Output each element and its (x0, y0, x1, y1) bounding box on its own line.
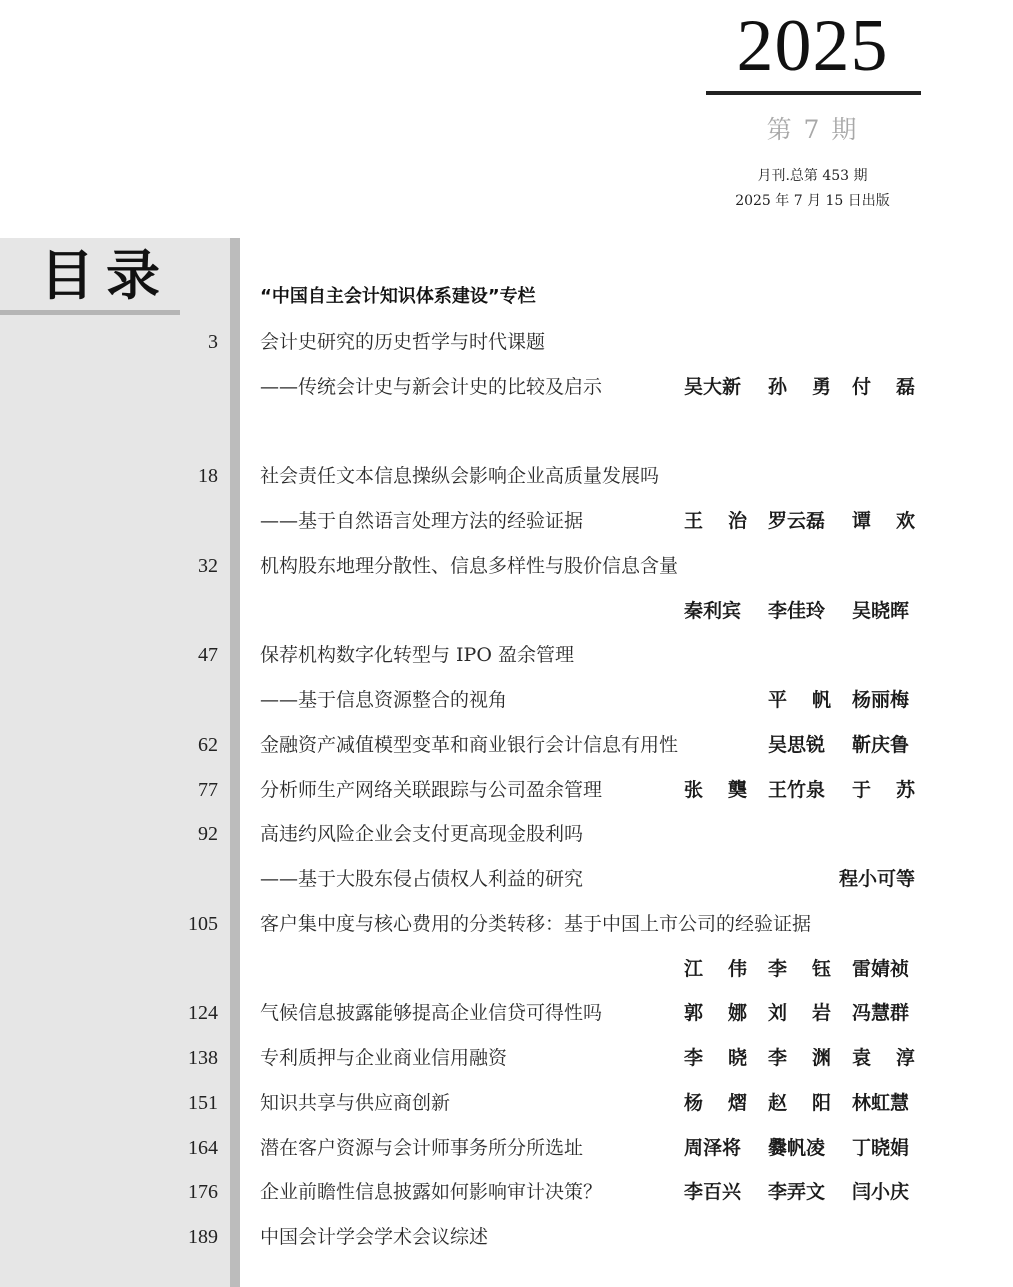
article-subtitle: ——基于自然语言处理方法的经验证据 (260, 506, 583, 536)
author-name: 吴晓晖 (852, 596, 915, 626)
year-heading: 2025 (705, 4, 920, 88)
page-number: 105 (150, 909, 218, 939)
toc-entry[interactable]: 18 社会责任文本信息操纵会影响企业高质量发展吗 (0, 461, 1013, 491)
page-number: 18 (150, 461, 218, 491)
toc-entry[interactable]: 62 金融资产减值模型变革和商业银行会计信息有用性 吴思锐 靳庆鲁 (0, 730, 1013, 760)
toc-entry[interactable]: 138 专利质押与企业商业信用融资 李晓 李渊 袁淳 (0, 1043, 1013, 1073)
toc-entry[interactable]: 105 客户集中度与核心费用的分类转移：基于中国上市公司的经验证据 (0, 909, 1013, 939)
column-title: “中国自主会计知识体系建设”专栏 (260, 283, 536, 311)
toc-entry-subline: ——基于信息资源整合的视角 平帆 杨丽梅 (0, 685, 1013, 715)
author-name: 周泽将 (684, 1133, 747, 1163)
page-number: 62 (150, 730, 218, 760)
article-title[interactable]: 企业前瞻性信息披露如何影响审计决策？ (260, 1177, 602, 1207)
page-number: 151 (150, 1088, 218, 1118)
author-name: 平帆 (768, 685, 831, 715)
author-name: 李晓 (684, 1043, 747, 1073)
author-list: 程小可等 (683, 864, 915, 894)
article-title[interactable]: 金融资产减值模型变革和商业银行会计信息有用性 (260, 730, 678, 760)
article-title[interactable]: 客户集中度与核心费用的分类转移：基于中国上市公司的经验证据 (260, 909, 811, 939)
article-title[interactable]: 气候信息披露能够提高企业信贷可得性吗 (260, 998, 602, 1028)
page-number: 47 (150, 640, 218, 670)
toc-entry[interactable]: 92 高违约风险企业会支付更高现金股利吗 (0, 819, 1013, 849)
toc-title: 目录 (40, 242, 190, 308)
issue-number: 第 7 期 (705, 112, 920, 148)
article-title[interactable]: 专利质押与企业商业信用融资 (260, 1043, 507, 1073)
author-name: 郭娜 (684, 998, 747, 1028)
author-list: 王治 罗云磊 谭欢 (683, 506, 915, 536)
author-name: 靳庆鲁 (852, 730, 915, 760)
article-title[interactable]: 分析师生产网络关联跟踪与公司盈余管理 (260, 775, 602, 805)
author-list: 江伟 李钰 雷婧祯 (683, 954, 915, 984)
article-subtitle: ——传统会计史与新会计史的比较及启示 (260, 372, 602, 402)
frequency-total-issue: 月刊.总第 453 期 (705, 165, 920, 187)
author-name: 于苏 (852, 775, 915, 805)
toc-entry-subline: ——基于自然语言处理方法的经验证据 王治 罗云磊 谭欢 (0, 506, 1013, 536)
author-name: 丁晓娟 (852, 1133, 915, 1163)
author-list: 秦利宾 李佳玲 吴晓晖 (683, 596, 915, 626)
toc-entry-subline: 秦利宾 李佳玲 吴晓晖 (0, 596, 1013, 626)
author-name: 张龑 (684, 775, 747, 805)
author-name: 谭欢 (852, 506, 915, 536)
article-title[interactable]: 高违约风险企业会支付更高现金股利吗 (260, 819, 583, 849)
toc-entry-subline: ——传统会计史与新会计史的比较及启示 吴大新 孙勇 付磊 (0, 372, 1013, 402)
author-name: 王竹泉 (768, 775, 831, 805)
author-name: 杨熠 (684, 1088, 747, 1118)
page-number: 138 (150, 1043, 218, 1073)
page-number: 92 (150, 819, 218, 849)
author-name: 江伟 (684, 954, 747, 984)
author-name: 李弄文 (768, 1177, 831, 1207)
author-list: 郭娜 刘岩 冯慧群 (683, 998, 915, 1028)
author-name: 吴大新 (684, 372, 747, 402)
article-subtitle: ——基于信息资源整合的视角 (260, 685, 507, 715)
author-name: 闫小庆 (852, 1177, 915, 1207)
page-number: 3 (150, 327, 218, 357)
toc-entry[interactable]: 47 保荐机构数字化转型与 IPO 盈余管理 (0, 640, 1013, 670)
article-title[interactable]: 社会责任文本信息操纵会影响企业高质量发展吗 (260, 461, 659, 491)
toc-entry[interactable]: 176 企业前瞻性信息披露如何影响审计决策？ 李百兴 李弄文 闫小庆 (0, 1177, 1013, 1207)
page-number: 189 (150, 1222, 218, 1252)
page-number: 176 (150, 1177, 218, 1207)
author-list: 吴大新 孙勇 付磊 (683, 372, 915, 402)
toc-entry[interactable]: 164 潜在客户资源与会计师事务所分所选址 周泽将 爨帆凌 丁晓娟 (0, 1133, 1013, 1163)
toc-entry[interactable]: 77 分析师生产网络关联跟踪与公司盈余管理 张龑 王竹泉 于苏 (0, 775, 1013, 805)
page-number: 164 (150, 1133, 218, 1163)
toc-title-underline (0, 310, 180, 315)
publish-date: 2025 年 7 月 15 日出版 (705, 190, 920, 212)
page-number: 32 (150, 551, 218, 581)
author-name: 杨丽梅 (852, 685, 915, 715)
year-divider (706, 91, 921, 95)
author-list: 张龑 王竹泉 于苏 (683, 775, 915, 805)
toc-entry[interactable]: 189 中国会计学会学术会议综述 (0, 1222, 1013, 1252)
toc-entry[interactable]: 32 机构股东地理分散性、信息多样性与股价信息含量 (0, 551, 1013, 581)
author-list: 吴思锐 靳庆鲁 (683, 730, 915, 760)
author-name: 李渊 (768, 1043, 831, 1073)
article-title[interactable]: 会计史研究的历史哲学与时代课题 (260, 327, 545, 357)
toc-entry[interactable]: 3 会计史研究的历史哲学与时代课题 (0, 327, 1013, 357)
author-list: 李晓 李渊 袁淳 (683, 1043, 915, 1073)
article-title[interactable]: 知识共享与供应商创新 (260, 1088, 450, 1118)
author-name: 赵阳 (768, 1088, 831, 1118)
author-name: 王治 (684, 506, 747, 536)
author-name: 付磊 (852, 372, 915, 402)
author-name: 刘岩 (768, 998, 831, 1028)
author-name: 林虹慧 (852, 1088, 915, 1118)
author-name: 李钰 (768, 954, 831, 984)
author-name: 孙勇 (768, 372, 831, 402)
page-number: 77 (150, 775, 218, 805)
toc-entry-subline: ——基于大股东侵占债权人利益的研究 程小可等 (0, 864, 1013, 894)
author-name: 程小可等 (839, 864, 915, 894)
author-name: 袁淳 (852, 1043, 915, 1073)
author-list: 杨熠 赵阳 林虹慧 (683, 1088, 915, 1118)
article-title[interactable]: 保荐机构数字化转型与 IPO 盈余管理 (260, 640, 574, 670)
author-name: 雷婧祯 (852, 954, 915, 984)
author-name: 冯慧群 (852, 998, 915, 1028)
article-subtitle: ——基于大股东侵占债权人利益的研究 (260, 864, 583, 894)
page-number: 124 (150, 998, 218, 1028)
toc-entry[interactable]: 124 气候信息披露能够提高企业信贷可得性吗 郭娜 刘岩 冯慧群 (0, 998, 1013, 1028)
article-title[interactable]: 潜在客户资源与会计师事务所分所选址 (260, 1133, 583, 1163)
article-title[interactable]: 机构股东地理分散性、信息多样性与股价信息含量 (260, 551, 678, 581)
author-list: 平帆 杨丽梅 (683, 685, 915, 715)
author-list: 李百兴 李弄文 闫小庆 (683, 1177, 915, 1207)
article-title[interactable]: 中国会计学会学术会议综述 (260, 1222, 488, 1252)
author-name: 李百兴 (684, 1177, 747, 1207)
author-name: 罗云磊 (768, 506, 831, 536)
author-name: 李佳玲 (768, 596, 831, 626)
author-list: 周泽将 爨帆凌 丁晓娟 (683, 1133, 915, 1163)
toc-entry[interactable]: 151 知识共享与供应商创新 杨熠 赵阳 林虹慧 (0, 1088, 1013, 1118)
author-name: 吴思锐 (768, 730, 831, 760)
author-name: 爨帆凌 (768, 1133, 831, 1163)
toc-entry-subline: 江伟 李钰 雷婧祯 (0, 954, 1013, 984)
author-name: 秦利宾 (684, 596, 747, 626)
